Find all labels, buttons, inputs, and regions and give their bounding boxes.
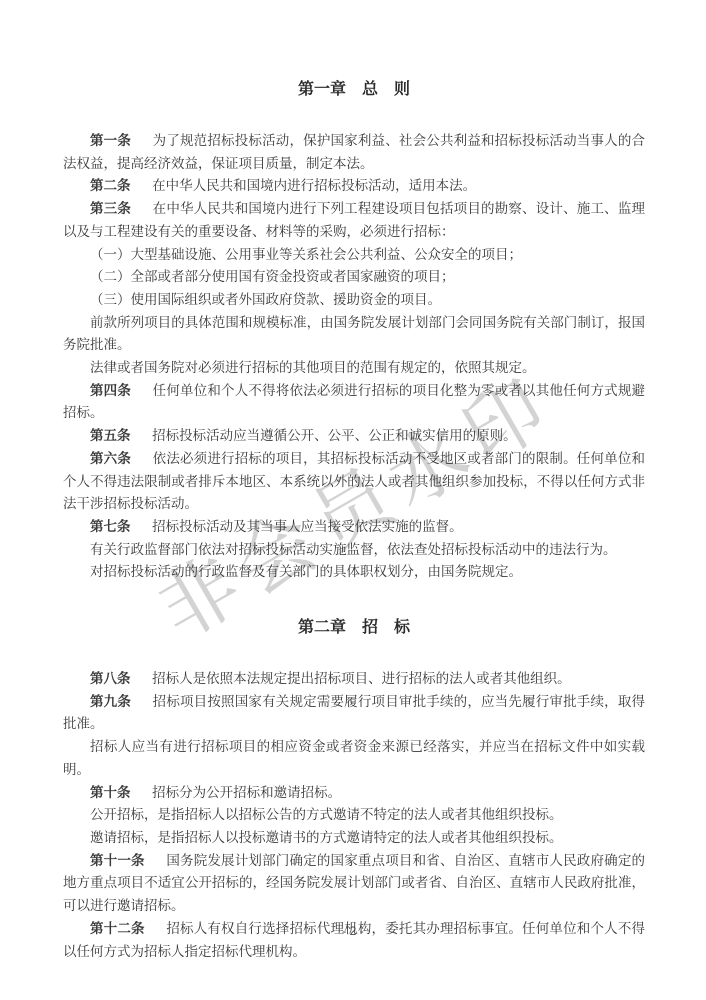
paragraph: 有关行政监督部门依法对招标投标活动实施监督，依法查处招标投标活动中的违法行为。 (63, 539, 645, 562)
paragraph-text: （一）大型基础设施、公用事业等关系社会公共利益、公众安全的项目； (90, 247, 522, 262)
paragraph-text: 招标人应当有进行招标项目的相应资金或者资金来源已经落实，并应当在招标文件中如实载… (63, 739, 645, 777)
paragraph-text: （二）全部或者部分使用国有资金投资或者国家融资的项目； (90, 269, 455, 284)
page-number: - 2 - (0, 924, 706, 938)
paragraph: 第一条为了规范招标投标活动，保护国家利益、社会公共利益和招标投标活动当事人的合法… (63, 130, 645, 175)
article-number-label: 第一条 (90, 133, 131, 148)
paragraph: 公开招标，是指招标人以招标公告的方式邀请不特定的法人或者其他组织投标。 (63, 804, 645, 827)
paragraph: 第十一条国务院发展计划部门确定的国家重点项目和省、自治区、直辖市人民政府确定的地… (63, 850, 645, 918)
paragraph: 第八条招标人是依照本法规定提出招标项目、进行招标的法人或者其他组织。 (63, 668, 645, 691)
paragraph: 招标人应当有进行招标项目的相应资金或者资金来源已经落实，并应当在招标文件中如实载… (63, 736, 645, 781)
paragraph: 第七条招标投标活动及其当事人应当接受依法实施的监督。 (63, 516, 645, 539)
chapter-section: 第二章 招 标 第八条招标人是依照本法规定提出招标项目、进行招标的法人或者其他组… (63, 618, 645, 963)
article-number-label: 第二条 (90, 178, 131, 193)
paragraph: （二）全部或者部分使用国有资金投资或者国家融资的项目； (63, 266, 645, 289)
paragraph: 第九条招标项目按照国家有关规定需要履行项目审批手续的，应当先履行审批手续，取得批… (63, 691, 645, 736)
article-number-label: 第九条 (90, 694, 131, 709)
paragraph: （一）大型基础设施、公用事业等关系社会公共利益、公众安全的项目； (63, 244, 645, 267)
document-content: 第一章 总 则 第一条为了规范招标投标活动，保护国家利益、社会公共利益和招标投标… (63, 80, 645, 963)
chapter-heading: 第一章 总 则 (63, 80, 645, 100)
paragraph-text: 招标投标活动应当遵循公开、公平、公正和诚实信用的原则。 (152, 428, 517, 443)
article-number-label: 第四条 (90, 383, 131, 398)
paragraph-text: 为了规范招标投标活动，保护国家利益、社会公共利益和招标投标活动当事人的合法权益，… (63, 133, 645, 171)
paragraph-text: 法律或者国务院对必须进行招标的其他项目的范围有规定的，依照其规定。 (90, 360, 536, 375)
paragraph-text: 对招标投标活动的行政监督及有关部门的具体职权划分，由国务院规定。 (90, 564, 522, 579)
paragraph: 第十条招标分为公开招标和邀请招标。 (63, 782, 645, 805)
article-number-label: 第十一条 (90, 853, 145, 868)
article-number-label: 第五条 (90, 428, 131, 443)
chapter-heading: 第二章 招 标 (63, 618, 645, 638)
paragraph: 对招标投标活动的行政监督及有关部门的具体职权划分，由国务院规定。 (63, 561, 645, 584)
paragraph-text: 有关行政监督部门依法对招标投标活动实施监督，依法查处招标投标活动中的违法行为。 (90, 542, 617, 557)
paragraph-text: 邀请招标，是指招标人以投标邀请书的方式邀请特定的法人或者其他组织投标。 (90, 830, 563, 845)
paragraph-text: 公开招标，是指招标人以招标公告的方式邀请不特定的法人或者其他组织投标。 (90, 807, 563, 822)
article-number-label: 第六条 (90, 451, 131, 466)
paragraph: 邀请招标，是指招标人以投标邀请书的方式邀请特定的法人或者其他组织投标。 (63, 827, 645, 850)
article-number-label: 第十条 (90, 785, 131, 800)
paragraph: 第三条在中华人民共和国境内进行下列工程建设项目包括项目的勘察、设计、施工、监理以… (63, 198, 645, 243)
paragraph: 第四条任何单位和个人不得将依法必须进行招标的项目化整为零或者以其他任何方式规避招… (63, 380, 645, 425)
paragraph-text: （三）使用国际组织或者外国政府贷款、援助资金的项目。 (90, 292, 441, 307)
paragraph: 第二条在中华人民共和国境内进行招标投标活动，适用本法。 (63, 175, 645, 198)
paragraph-text: 前款所列项目的具体范围和规模标准，由国务院发展计划部门会同国务院有关部门制订，报… (63, 315, 645, 353)
paragraph-text: 在中华人民共和国境内进行下列工程建设项目包括项目的勘察、设计、施工、监理以及与工… (63, 201, 645, 239)
paragraph-text: 依法必须进行招标的项目，其招标投标活动不受地区或者部门的限制。任何单位和个人不得… (63, 451, 645, 511)
article-number-label: 第七条 (90, 519, 131, 534)
paragraph: （三）使用国际组织或者外国政府贷款、援助资金的项目。 (63, 289, 645, 312)
article-number-label: 第八条 (90, 671, 131, 686)
article-number-label: 第三条 (90, 201, 131, 216)
paragraph-text: 招标人是依照本法规定提出招标项目、进行招标的法人或者其他组织。 (152, 671, 571, 686)
paragraph-text: 任何单位和个人不得将依法必须进行招标的项目化整为零或者以其他任何方式规避招标。 (63, 383, 645, 421)
paragraph-text: 在中华人民共和国境内进行招标投标活动，适用本法。 (152, 178, 476, 193)
paragraph: 前款所列项目的具体范围和规模标准，由国务院发展计划部门会同国务院有关部门制订，报… (63, 312, 645, 357)
paragraph-text: 国务院发展计划部门确定的国家重点项目和省、自治区、直辖市人民政府确定的地方重点项… (63, 853, 645, 913)
paragraph-text: 招标项目按照国家有关规定需要履行项目审批手续的，应当先履行审批手续，取得批准。 (63, 694, 645, 732)
paragraph-text: 招标投标活动及其当事人应当接受依法实施的监督。 (152, 519, 463, 534)
paragraph-text: 招标分为公开招标和邀请招标。 (152, 785, 341, 800)
chapter-section: 第一章 总 则 第一条为了规范招标投标活动，保护国家利益、社会公共利益和招标投标… (63, 80, 645, 584)
document-page: 非会员水印 第一章 总 则 第一条为了规范招标投标活动，保护国家利益、社会公共利… (0, 0, 706, 1000)
paragraph: 第六条依法必须进行招标的项目，其招标投标活动不受地区或者部门的限制。任何单位和个… (63, 448, 645, 516)
paragraph: 第五条招标投标活动应当遵循公开、公平、公正和诚实信用的原则。 (63, 425, 645, 448)
paragraph: 法律或者国务院对必须进行招标的其他项目的范围有规定的，依照其规定。 (63, 357, 645, 380)
